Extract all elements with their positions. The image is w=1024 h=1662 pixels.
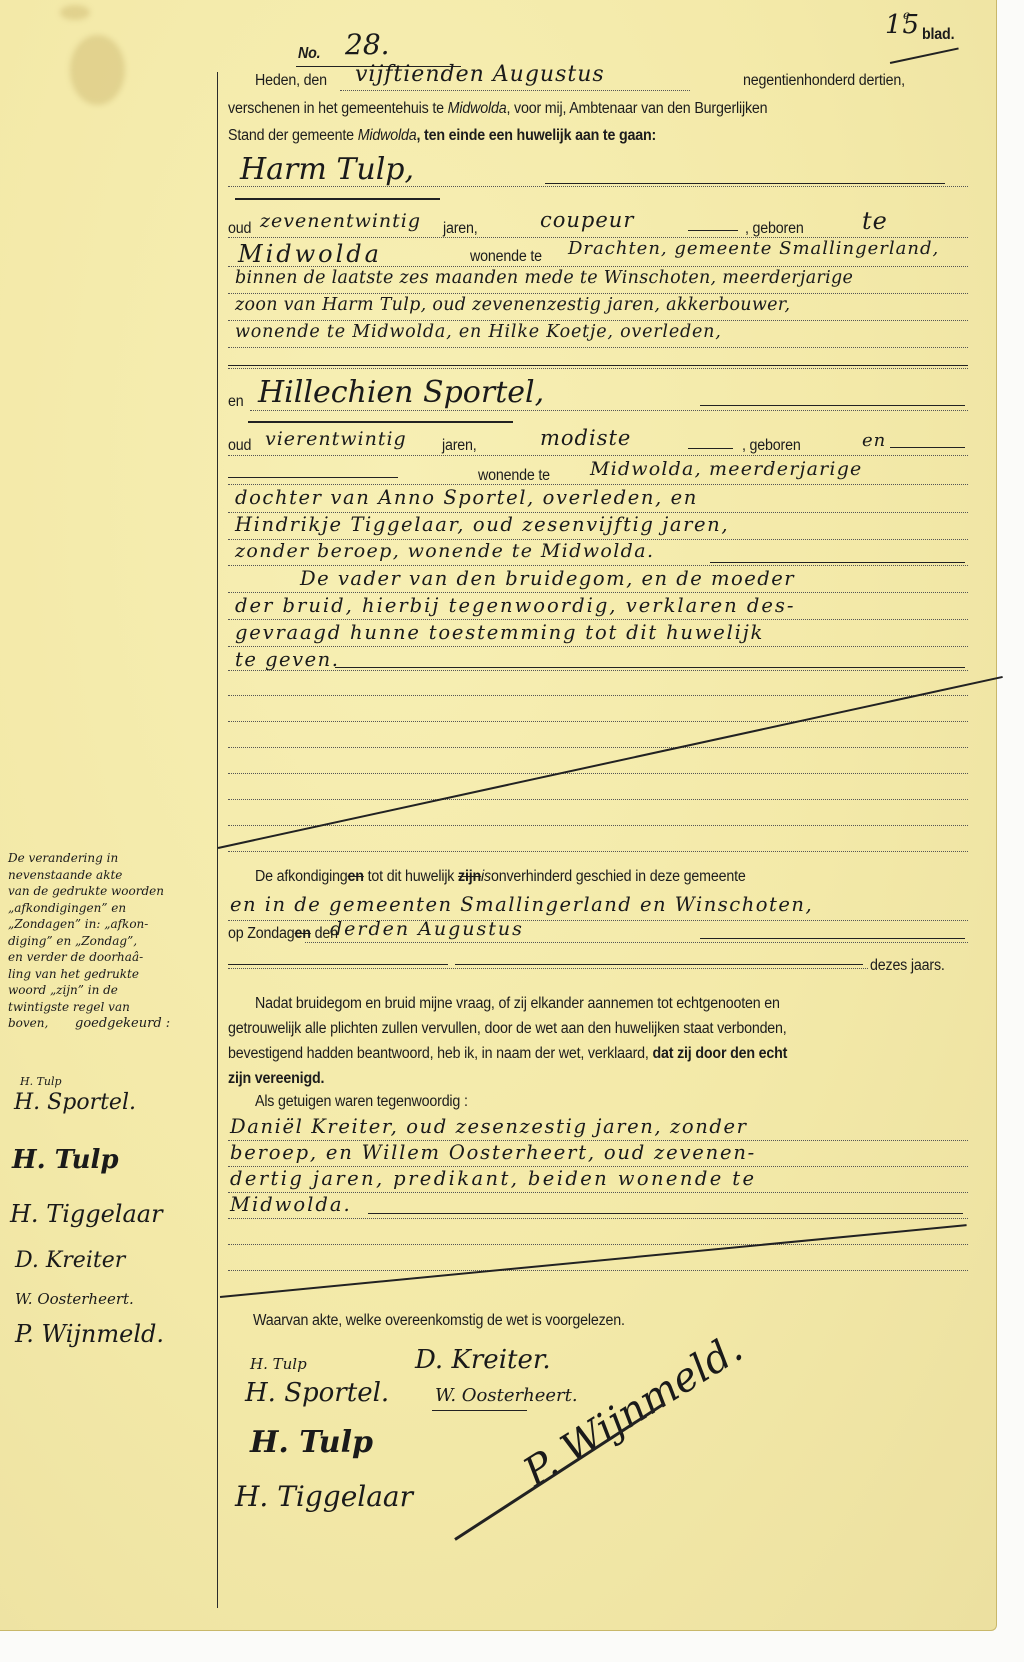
bride-end-fill xyxy=(710,562,965,563)
margin-signature-tiggelaar: H. Tiggelaar xyxy=(10,1200,163,1228)
consent-end-fill xyxy=(335,667,965,668)
signature-oosterheert: W. Oosterheert. xyxy=(435,1385,578,1406)
bride-geboren-label: , geboren xyxy=(742,437,801,455)
groom-line2-field xyxy=(228,266,968,267)
signature-registrar-stroke xyxy=(454,1402,665,1541)
proclamation-line4-fill-b xyxy=(455,964,863,965)
margin-signature-kreiter: D. Kreiter xyxy=(15,1248,125,1273)
bride-name: Hillechien Sportel, xyxy=(258,375,544,410)
witnesses-line4-field xyxy=(228,1218,968,1219)
margin-signature-sportel: H. Sportel. xyxy=(14,1090,136,1115)
empty-line xyxy=(228,825,968,826)
consent-line4-field xyxy=(228,670,968,671)
groom-jaren-label: jaren, xyxy=(443,220,478,238)
margin-signature-registrar: P. Wijnmeld. xyxy=(15,1320,164,1348)
header-line2: verschenen in het gemeentehuis te Midwol… xyxy=(228,100,767,118)
proclamation-date: derden Augustus xyxy=(330,918,524,940)
groom-name-rule xyxy=(235,198,440,200)
groom-birth-te: te xyxy=(862,207,888,235)
page-number-suffix: e xyxy=(903,8,910,22)
empty-line xyxy=(228,721,968,722)
consent-line2-field xyxy=(228,619,968,620)
bride-name-rule xyxy=(248,421,513,423)
stain xyxy=(60,5,90,20)
bride-en-label: en xyxy=(228,393,243,411)
cancel-diagonal xyxy=(220,1224,967,1297)
empty-line xyxy=(228,1244,968,1245)
proclamation-line3-field xyxy=(305,942,968,943)
signature-kreiter: D. Kreiter. xyxy=(415,1345,551,1375)
proclamation-line1: De afkondigingen tot dit huwelijk zijnis… xyxy=(255,868,746,886)
bride-wonende-fill xyxy=(228,477,398,478)
witnesses-line3: dertig jaren, predikant, beiden wonende … xyxy=(230,1167,756,1190)
consent-line3: gevraagd hunne toestemming tot dit huwel… xyxy=(235,621,764,644)
groom-name: Harm Tulp, xyxy=(240,152,414,187)
witnesses-line4: Midwolda. xyxy=(230,1193,352,1216)
proclamation-line3: op Zondagen den xyxy=(228,925,338,943)
margin-signature-tulp: H. Tulp xyxy=(12,1145,119,1175)
proclamation-line4-field xyxy=(228,968,868,969)
margin-signature-tulp-small: H. Tulp xyxy=(20,1075,62,1088)
groom-occupation: coupeur xyxy=(540,208,634,232)
declaration-line2: getrouwelijk alle plichten zullen vervul… xyxy=(228,1020,787,1038)
groom-name-field xyxy=(228,186,968,187)
groom-residence: Drachten, gemeente Smallingerland, xyxy=(568,238,939,259)
consent-line1: De vader van den bruidegom, en de moeder xyxy=(300,567,795,590)
signature-oosterheert-underline xyxy=(432,1410,527,1411)
bride-line5: zonder beroep, wonende te Midwolda. xyxy=(235,540,654,562)
empty-line xyxy=(228,799,968,800)
groom-end-field xyxy=(228,368,968,369)
year-text: negentienhonderd dertien, xyxy=(743,72,905,90)
cancel-diagonal xyxy=(218,676,1003,849)
bride-name-field xyxy=(250,410,968,411)
margin-note: De verandering in nevenstaande akte van … xyxy=(8,850,164,1032)
proclamation-line2: en in de gemeenten Smallingerland en Win… xyxy=(230,893,813,916)
date-handwritten: vijftienden Augustus xyxy=(355,62,605,87)
witnesses-line1: Daniël Kreiter, oud zesenzestig jaren, z… xyxy=(230,1115,748,1138)
signature-tulp-small: H. Tulp xyxy=(250,1355,307,1373)
proclamation-line4-fill-a xyxy=(228,964,448,965)
date-label: Heden, den xyxy=(255,72,327,90)
bride-line1-field xyxy=(228,455,968,456)
bride-jaren-label: jaren, xyxy=(442,437,477,455)
empty-line xyxy=(228,773,968,774)
groom-line4: zoon van Harm Tulp, oud zevenenzestig ja… xyxy=(235,295,790,315)
margin-note-approved: goedgekeurd : xyxy=(75,1016,170,1031)
bride-occupation: modiste xyxy=(540,426,631,450)
empty-line xyxy=(228,747,968,748)
bride-age: vierentwintig xyxy=(265,428,407,450)
groom-occupation-fill xyxy=(688,230,738,231)
groom-birthplace: Midwolda xyxy=(238,240,382,268)
bride-wonende-label: wonende te xyxy=(478,467,550,485)
groom-name-fill xyxy=(545,183,945,184)
empty-line xyxy=(228,851,968,852)
bride-residence: Midwolda, meerderjarige xyxy=(590,458,863,480)
page-flourish xyxy=(890,47,959,63)
date-field xyxy=(340,90,690,91)
bride-line5-field xyxy=(228,565,968,566)
groom-line3-field xyxy=(228,293,968,294)
margin-rule xyxy=(217,72,218,1608)
groom-line3: binnen de laatste zes maanden mede te Wi… xyxy=(235,268,853,288)
groom-line5-field xyxy=(228,347,968,348)
declaration-line3: bevestigend hadden beantwoord, heb ik, i… xyxy=(228,1045,787,1063)
bride-birth-fill xyxy=(890,447,965,448)
consent-line3-field xyxy=(228,646,968,647)
bride-occupation-fill xyxy=(688,448,733,449)
stain xyxy=(70,35,125,105)
groom-line4-field xyxy=(228,320,968,321)
witnesses-label: Als getuigen waren tegenwoordig : xyxy=(255,1093,468,1111)
dezes-jaars: dezes jaars. xyxy=(870,957,945,975)
groom-oud-label: oud xyxy=(228,220,251,238)
bride-line3: dochter van Anno Sportel, overleden, en xyxy=(235,486,698,509)
closing-statement: Waarvan akte, welke overeenkomstig de we… xyxy=(253,1312,625,1330)
declaration-line1: Nadat bruidegom en bruid mijne vraag, of… xyxy=(255,995,780,1013)
witnesses-line2: beroep, en Willem Oosterheert, oud zeven… xyxy=(230,1141,756,1164)
document-paper: 15 e blad. No. 28. Heden, den vijftiende… xyxy=(0,0,997,1631)
signature-tiggelaar: H. Tiggelaar xyxy=(235,1480,413,1513)
groom-end-rule xyxy=(228,365,968,366)
consent-line2: der bruid, hierbij tegenwoordig, verklar… xyxy=(235,594,796,617)
header-line3: Stand der gemeente Midwolda, ten einde e… xyxy=(228,127,656,145)
empty-line xyxy=(228,695,968,696)
groom-line5: wonende te Midwolda, en Hilke Koetje, ov… xyxy=(235,322,722,342)
margin-signature-oosterheert: W. Oosterheert. xyxy=(15,1290,134,1308)
bride-name-fill xyxy=(700,405,965,406)
groom-geboren-label: , geboren xyxy=(745,220,804,238)
proclamation-date-fill xyxy=(700,938,965,939)
groom-age: zevenentwintig xyxy=(260,210,421,232)
groom-wonende-label: wonende te xyxy=(470,248,542,266)
empty-line xyxy=(228,1270,968,1271)
signature-sportel: H. Sportel. xyxy=(245,1378,389,1408)
bride-line2-field xyxy=(228,484,968,485)
act-number-label: No. xyxy=(298,45,320,63)
consent-line4: te geven. xyxy=(235,648,339,671)
page-label: blad. xyxy=(922,26,954,44)
declaration-line4: zijn vereenigd. xyxy=(228,1070,324,1088)
witnesses-end-fill xyxy=(368,1213,963,1214)
bride-oud-label: oud xyxy=(228,437,251,455)
bride-birth-en: en xyxy=(862,430,886,451)
signature-tulp: H. Tulp xyxy=(250,1425,373,1460)
bride-line4: Hindrikje Tiggelaar, oud zesenvijftig ja… xyxy=(235,513,729,536)
act-number: 28. xyxy=(345,28,390,61)
consent-line1-field xyxy=(228,592,968,593)
